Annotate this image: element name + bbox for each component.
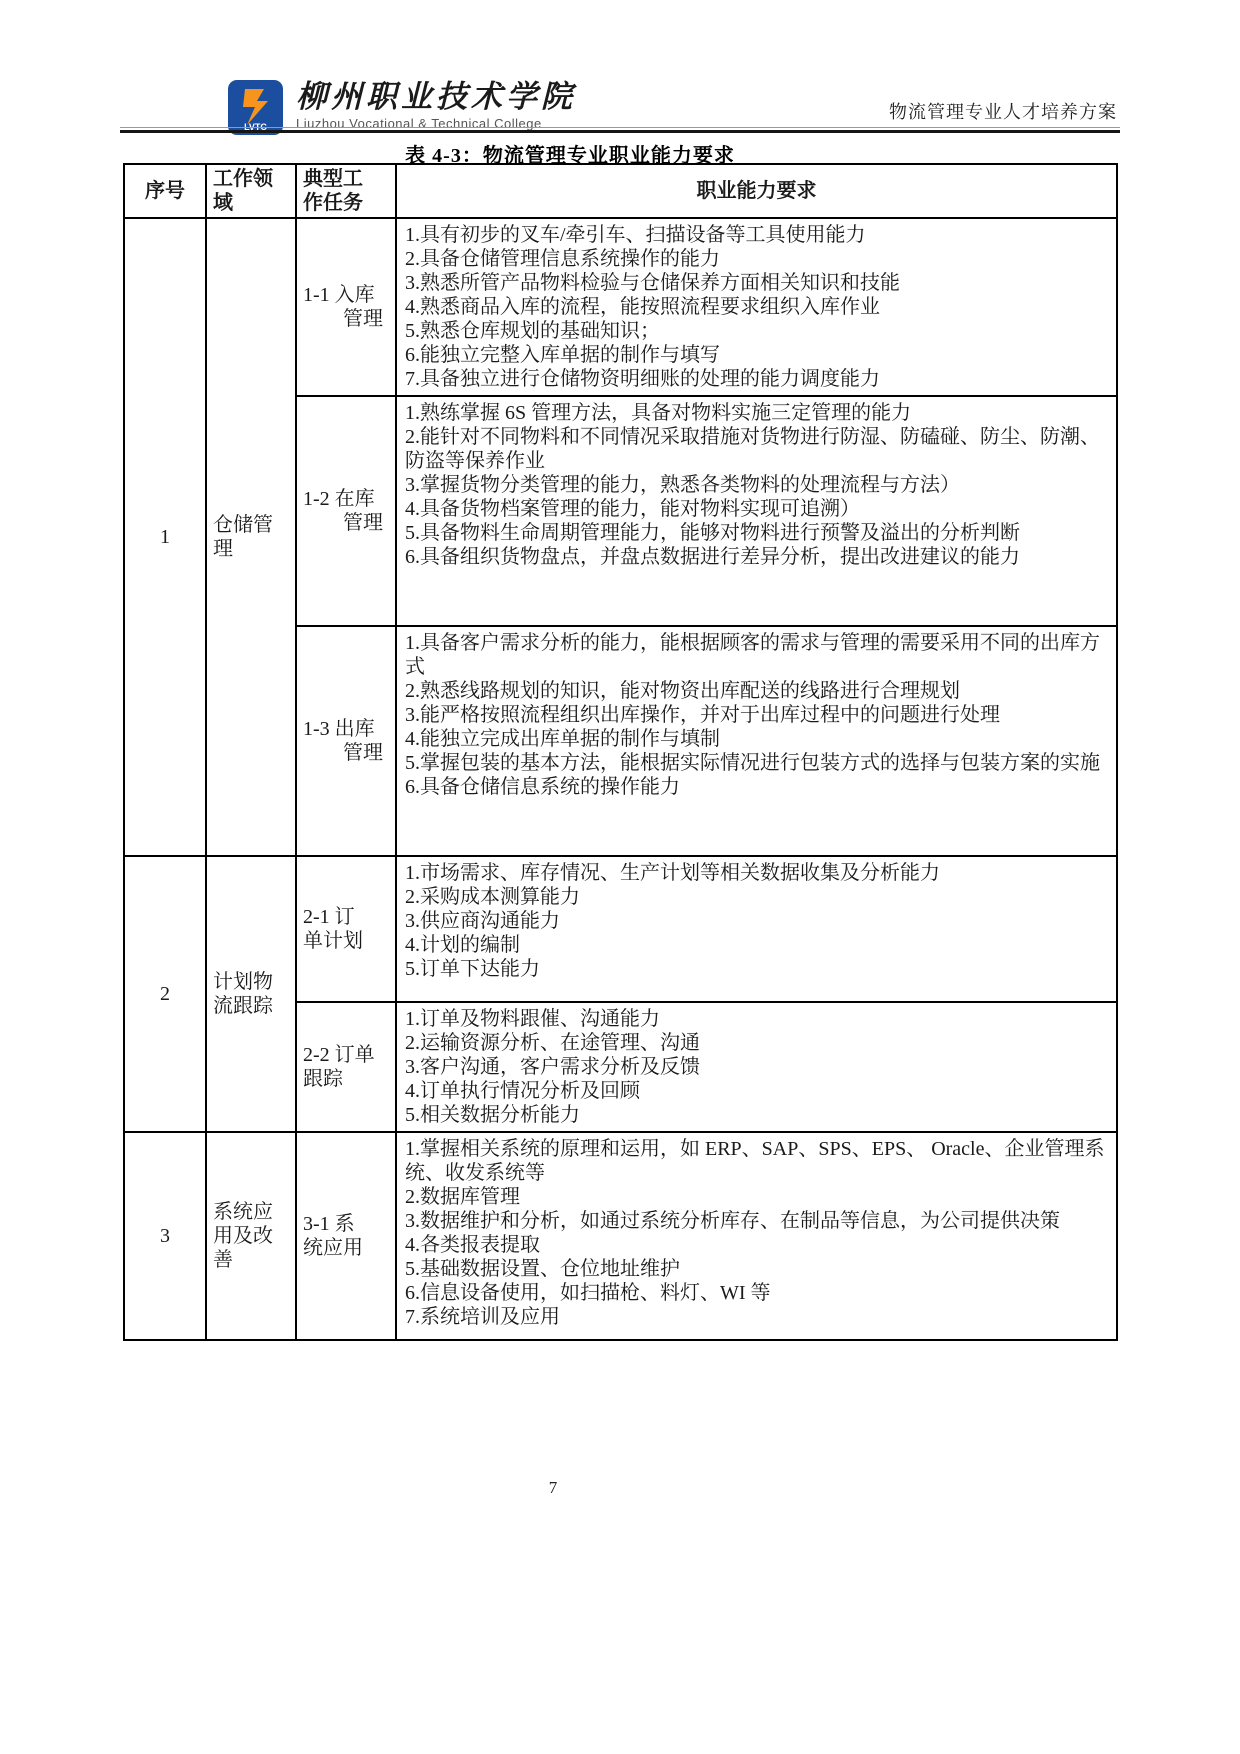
cell-requirements-1-2: 1.熟练掌握 6S 管理方法，具备对物料实施三定管理的能力 2.能针对不同物料和… bbox=[396, 396, 1117, 626]
cell-no-2: 2 bbox=[124, 856, 206, 1132]
cell-task-2-2: 2-2 订单 跟踪 bbox=[296, 1002, 396, 1132]
col-header-no: 序号 bbox=[124, 164, 206, 218]
document-page: LVTC 柳州职业技术学院 Liuzhou Vocational & Techn… bbox=[0, 0, 1240, 1754]
col-header-requirements: 职业能力要求 bbox=[396, 164, 1117, 218]
cell-requirements-1-1: 1.具有初步的叉车/牵引车、扫描设备等工具使用能力 2.具备仓储管理信息系统操作… bbox=[396, 218, 1117, 396]
col-header-task: 典型工 作任务 bbox=[296, 164, 396, 218]
cell-requirements-1-3: 1.具备客户需求分析的能力，能根据顾客的需求与管理的需要采用不同的出库方式 2.… bbox=[396, 626, 1117, 856]
college-name-en: Liuzhou Vocational & Technical College bbox=[296, 116, 576, 131]
cell-requirements-2-2: 1.订单及物料跟催、沟通能力 2.运输资源分析、在途管理、沟通 3.客户沟通，客… bbox=[396, 1002, 1117, 1132]
college-name-cn: 柳州职业技术学院 bbox=[296, 80, 576, 114]
table-row: 3 系统应 用及改 善 3-1 系 统应用 1.掌握相关系统的原理和运用，如 E… bbox=[124, 1132, 1117, 1340]
college-name-block: 柳州职业技术学院 Liuzhou Vocational & Technical … bbox=[296, 80, 576, 131]
cell-task-3-1: 3-1 系 统应用 bbox=[296, 1132, 396, 1340]
page-number: 7 bbox=[0, 1478, 1106, 1498]
table-header-row: 序号 工作领 域 典型工 作任务 职业能力要求 bbox=[124, 164, 1117, 218]
ability-requirements-table: 序号 工作领 域 典型工 作任务 职业能力要求 1 仓储管 理 1-1 入库 管… bbox=[123, 163, 1118, 1341]
col-header-field: 工作领 域 bbox=[206, 164, 296, 218]
cell-requirements-3-1: 1.掌握相关系统的原理和运用，如 ERP、SAP、SPS、EPS、 Oracle… bbox=[396, 1132, 1117, 1340]
cell-no-3: 3 bbox=[124, 1132, 206, 1340]
cell-field-plan-logistics: 计划物 流跟踪 bbox=[206, 856, 296, 1132]
header-rule-thick bbox=[120, 130, 1120, 133]
cell-task-1-3: 1-3 出库 管理 bbox=[296, 626, 396, 856]
cell-task-1-1: 1-1 入库 管理 bbox=[296, 218, 396, 396]
document-header-title: 物流管理专业人才培养方案 bbox=[889, 98, 1117, 124]
table-row: 2 计划物 流跟踪 2-1 订 单计划 1.市场需求、库存情况、生产计划等相关数… bbox=[124, 856, 1117, 1002]
cell-requirements-2-1: 1.市场需求、库存情况、生产计划等相关数据收集及分析能力 2.采购成本测算能力 … bbox=[396, 856, 1117, 1002]
table-row: 1 仓储管 理 1-1 入库 管理 1.具有初步的叉车/牵引车、扫描设备等工具使… bbox=[124, 218, 1117, 396]
cell-task-1-2: 1-2 在库 管理 bbox=[296, 396, 396, 626]
cell-task-2-1: 2-1 订 单计划 bbox=[296, 856, 396, 1002]
cell-no-1: 1 bbox=[124, 218, 206, 856]
header-rule-thin bbox=[120, 127, 1120, 128]
cell-field-system-application: 系统应 用及改 善 bbox=[206, 1132, 296, 1340]
cell-field-warehousing: 仓储管 理 bbox=[206, 218, 296, 856]
